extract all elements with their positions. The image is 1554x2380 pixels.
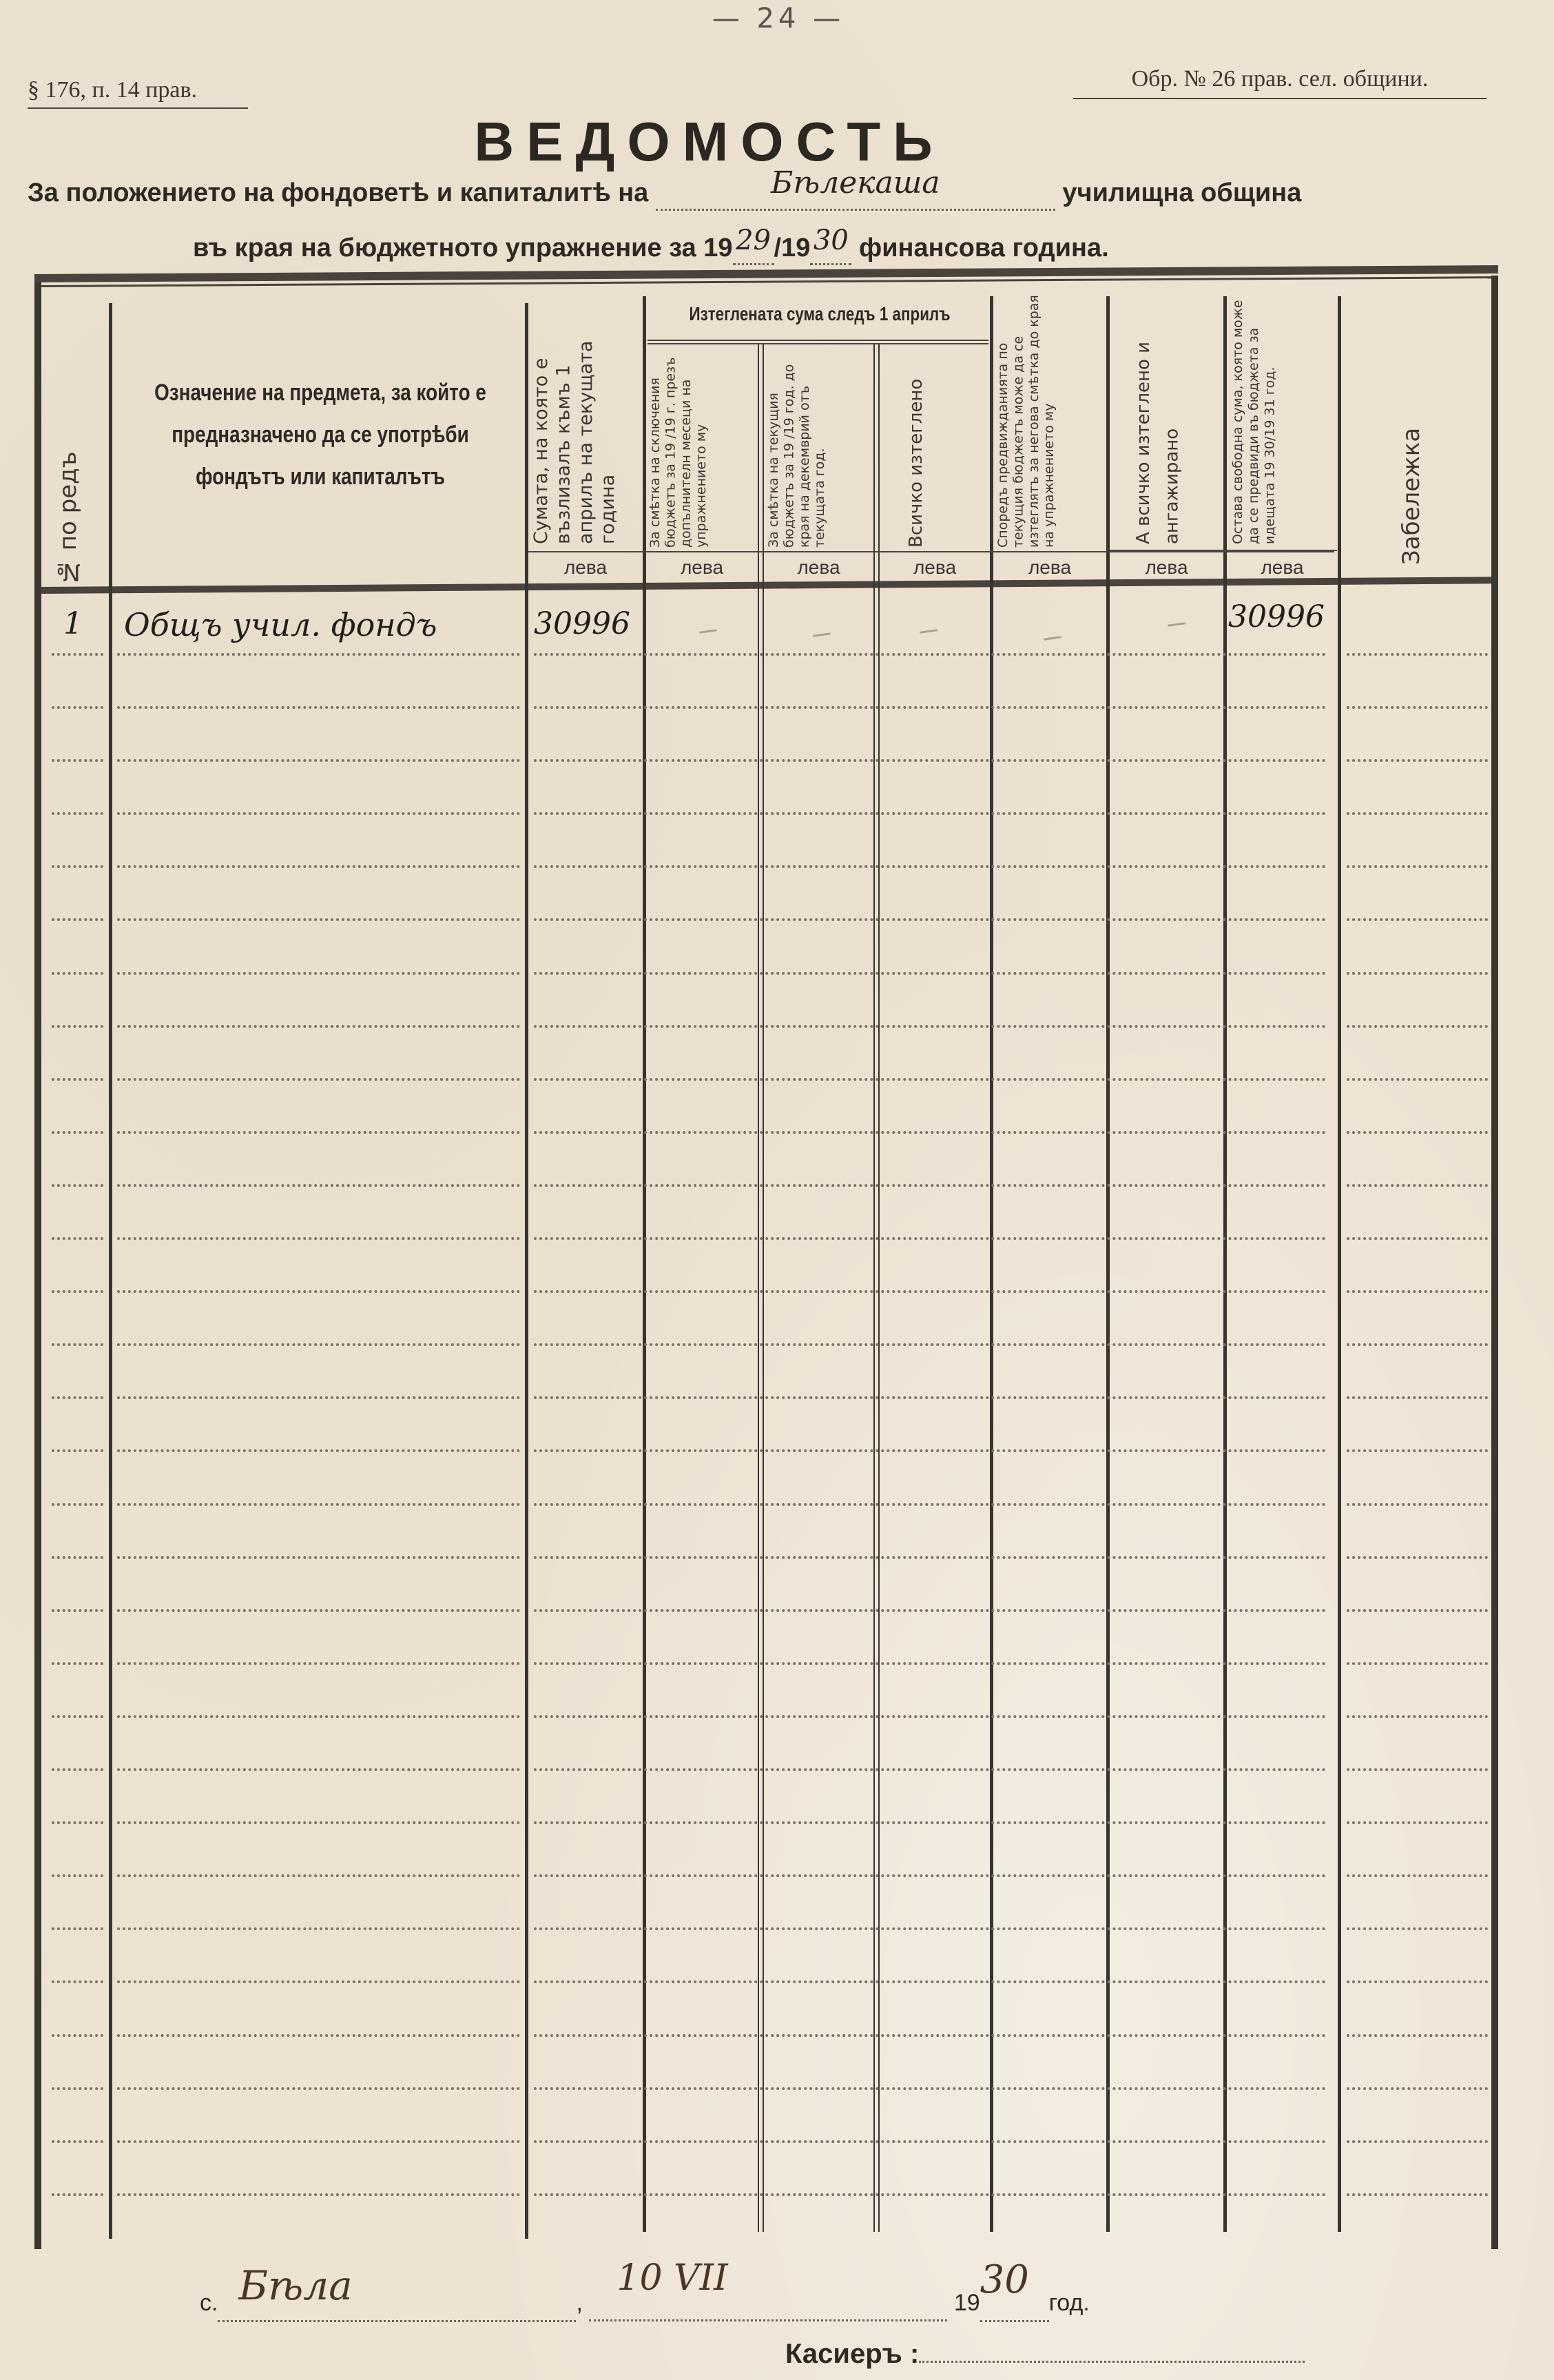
- row-dotted-line: [534, 1449, 1326, 1452]
- page-number: — 24 —: [689, 3, 868, 34]
- row-dotted-line: [52, 2087, 103, 2090]
- unit-label: лева: [646, 557, 758, 579]
- row-dotted-line: [534, 1768, 1326, 1771]
- year-prefix: 19: [954, 2290, 980, 2316]
- row-dotted-line: [52, 1343, 103, 1346]
- row-dotted-line: [117, 918, 520, 921]
- column-divider: [1223, 296, 1227, 2232]
- row-dotted-line: [52, 2034, 103, 2037]
- row-dotted-line: [534, 2193, 1326, 2196]
- column-divider: [758, 344, 764, 2232]
- row-dotted-line: [117, 1980, 520, 1983]
- row-dotted-line: [534, 1078, 1326, 1081]
- row-dotted-line: [534, 1556, 1326, 1559]
- document-title: ВЕДОМОСТЬ: [386, 110, 1033, 174]
- row-dotted-line: [52, 1715, 103, 1718]
- row-designation[interactable]: Общъ учил. фондъ: [124, 606, 437, 643]
- subtitle-suffix: училищна община: [1062, 178, 1301, 207]
- row-dotted-line: [117, 1078, 520, 1081]
- group-header-rule: [647, 340, 988, 341]
- unit-label: лева: [993, 557, 1106, 579]
- header-amount-april: Сумата, на която е възлизалъ къмъ 1 апри…: [530, 303, 641, 544]
- row-dotted-line: [1347, 1821, 1488, 1824]
- row-dotted-line: [534, 759, 1326, 762]
- column-divider: [1106, 296, 1110, 2232]
- row-dotted-line: [117, 1662, 520, 1665]
- place-date-line: с.Бѣла, 10 VII 1930год.: [200, 2273, 1090, 2322]
- budget-suffix: финансова година.: [859, 234, 1109, 262]
- row-dotted-line: [117, 972, 520, 975]
- row-dotted-line: [52, 1927, 103, 1930]
- row-dotted-line: [117, 1556, 520, 1559]
- row-dotted-line: [1347, 1768, 1488, 1771]
- row-dotted-line: [52, 1980, 103, 1983]
- year-from-field[interactable]: 29: [733, 231, 774, 265]
- cashier-signature-line: Касиеръ :: [785, 2339, 1305, 2370]
- row-dotted-line: [534, 1715, 1326, 1718]
- row-dotted-line: [1347, 918, 1488, 921]
- row-dotted-line: [117, 1821, 520, 1824]
- place-field[interactable]: Бѣла: [218, 2273, 576, 2322]
- cashier-label: Касиеръ :: [785, 2339, 919, 2369]
- place-value: Бѣла: [238, 2262, 352, 2309]
- header-row-number: № по редъ: [55, 413, 81, 586]
- column-divider: [109, 303, 112, 2239]
- row-dotted-line: [1347, 972, 1488, 975]
- row-dotted-line: [52, 972, 103, 975]
- row-dotted-line: [534, 1290, 1326, 1293]
- row-dotted-line: [52, 759, 103, 762]
- row-dotted-line: [117, 1609, 520, 1612]
- row-dotted-line: [52, 1503, 103, 1506]
- row-dotted-line: [52, 812, 103, 815]
- row-dotted-line: [117, 1874, 520, 1877]
- row-dotted-line: [1347, 2193, 1488, 2196]
- column-divider: [990, 296, 993, 2232]
- row-dotted-line: [117, 1768, 520, 1771]
- row-dotted-line: [534, 706, 1326, 709]
- row-dotted-line: [534, 1237, 1326, 1240]
- row-dotted-line: [534, 865, 1326, 868]
- row-dotted-line: [1347, 1396, 1488, 1399]
- unit-row-rule: [1110, 550, 1337, 551]
- row-dotted-line: [52, 1184, 103, 1187]
- row-dotted-line: [534, 1343, 1326, 1346]
- row-dotted-line: [534, 1927, 1326, 1930]
- row-dotted-line: [1347, 1449, 1488, 1452]
- row-dotted-line: [117, 2140, 520, 2143]
- row-dotted-line: [117, 653, 520, 656]
- date-field[interactable]: 10 VII: [589, 2278, 947, 2321]
- header-free-amount: Остава свободна сума, която може да се п…: [1230, 296, 1334, 544]
- row-dotted-line: [534, 2140, 1326, 2143]
- year-suffix: год.: [1049, 2290, 1090, 2316]
- row-dotted-line: [117, 1449, 520, 1452]
- row-free-amount[interactable]: 30996: [1228, 599, 1325, 634]
- row-dotted-line: [534, 1874, 1326, 1877]
- unit-label: лева: [1110, 557, 1223, 579]
- row-dotted-line: [1347, 2140, 1488, 2143]
- subtitle-line-2: въ края на бюджетното упражнение за 1929…: [193, 231, 1364, 265]
- row-dotted-line: [52, 706, 103, 709]
- row-dotted-line: [534, 2087, 1326, 2090]
- row-dotted-line: [1347, 1927, 1488, 1930]
- row-dotted-line: [534, 1184, 1326, 1187]
- year-field[interactable]: 30: [980, 2275, 1049, 2322]
- row-dotted-line: [52, 1821, 103, 1824]
- row-dotted-line: [1347, 1715, 1488, 1718]
- row-dotted-line: [117, 2034, 520, 2037]
- row-dotted-line: [534, 972, 1326, 975]
- row-dotted-line: [1347, 759, 1488, 762]
- year-value: 30: [980, 2257, 1029, 2302]
- row-dotted-line: [52, 1556, 103, 1559]
- row-dotted-line: [52, 1078, 103, 1081]
- row-dotted-line: [1347, 1131, 1488, 1134]
- row-dotted-line: [52, 1662, 103, 1665]
- row-dotted-line: [52, 1768, 103, 1771]
- column-divider: [1338, 296, 1341, 2232]
- form-reference: Обр. № 26 прав. сел. общини.: [1073, 66, 1486, 99]
- row-dotted-line: [534, 2034, 1326, 2037]
- row-dotted-line: [52, 1290, 103, 1293]
- row-dotted-line: [534, 1980, 1326, 1983]
- row-dotted-line: [534, 918, 1326, 921]
- year-to-value: 30: [814, 225, 849, 256]
- row-dotted-line: [117, 1715, 520, 1718]
- municipality-value: Бѣлекаша: [771, 165, 940, 200]
- row-dotted-line: [1347, 865, 1488, 868]
- row-dotted-line: [52, 1396, 103, 1399]
- header-withdrawn-total: Всичко изтеглено: [902, 348, 971, 548]
- row-dotted-line: [1347, 1237, 1488, 1240]
- unit-label: лева: [528, 557, 643, 579]
- row-dotted-line: [52, 2193, 103, 2196]
- row-dotted-line: [1347, 2034, 1488, 2037]
- row-dotted-line: [52, 1449, 103, 1452]
- row-dotted-line: [1347, 1343, 1488, 1346]
- regulation-reference: § 176, п. 14 прав.: [28, 77, 248, 109]
- row-dotted-line: [117, 2193, 520, 2196]
- header-total-engaged: А всичко изтеглено и ангажирано: [1130, 296, 1212, 544]
- header-designation: Означение на предмета, за който е предна…: [154, 372, 487, 499]
- year-separator: /19: [774, 234, 811, 262]
- cashier-signature-field[interactable]: [919, 2361, 1305, 2363]
- row-dotted-line: [52, 1874, 103, 1877]
- row-dotted-line: [117, 759, 520, 762]
- row-dotted-line: [117, 706, 520, 709]
- row-dotted-line: [534, 653, 1326, 656]
- row-dotted-line: [534, 1821, 1326, 1824]
- column-divider: [643, 296, 646, 2232]
- row-dotted-line: [534, 1662, 1326, 1665]
- row-dotted-line: [1347, 1874, 1488, 1877]
- row-dotted-line: [52, 2140, 103, 2143]
- row-dotted-line: [52, 1025, 103, 1028]
- row-dotted-line: [117, 865, 520, 868]
- row-number[interactable]: 1: [63, 606, 83, 641]
- row-dotted-line: [52, 653, 103, 656]
- row-dotted-line: [52, 1237, 103, 1240]
- header-withdrawn-group: Изтеглената сума следъ 1 априлъ: [682, 303, 957, 325]
- row-dotted-line: [117, 2087, 520, 2090]
- row-dotted-line: [52, 1131, 103, 1134]
- column-divider: [873, 344, 880, 2232]
- row-dotted-line: [1347, 1078, 1488, 1081]
- column-divider: [525, 303, 528, 2239]
- row-dotted-line: [534, 1609, 1326, 1612]
- row-dotted-line: [117, 1237, 520, 1240]
- row-dotted-line: [1347, 812, 1488, 815]
- municipality-field[interactable]: Бѣлекаша: [656, 174, 1055, 211]
- row-amount-april[interactable]: 30996: [534, 606, 630, 641]
- unit-row-rule: [528, 551, 1334, 552]
- budget-prefix: въ края на бюджетното упражнение за 19: [193, 234, 733, 262]
- header-withdrawn-closed: За смѣтка на сключения бюджетъ за 19 /19…: [647, 348, 758, 548]
- row-dotted-line: [117, 812, 520, 815]
- row-dotted-line: [1347, 1662, 1488, 1665]
- row-dotted-line: [534, 1503, 1326, 1506]
- row-dotted-line: [1347, 1290, 1488, 1293]
- header-note: Забележка: [1398, 386, 1424, 565]
- date-value: 10 VII: [617, 2257, 727, 2299]
- row-dotted-line: [534, 812, 1326, 815]
- row-dotted-line: [117, 1396, 520, 1399]
- year-from-value: 29: [736, 225, 771, 256]
- row-dotted-line: [1347, 1609, 1488, 1612]
- row-dotted-line: [1347, 1980, 1488, 1983]
- row-dotted-line: [1347, 1184, 1488, 1187]
- row-dotted-line: [534, 1131, 1326, 1134]
- row-dotted-line: [52, 865, 103, 868]
- row-dotted-line: [1347, 653, 1488, 656]
- subtitle-prefix: За положението на фондоветѣ и капиталитѣ…: [28, 178, 648, 207]
- row-dotted-line: [1347, 1556, 1488, 1559]
- row-dotted-line: [117, 1290, 520, 1293]
- unit-label: лева: [880, 557, 990, 579]
- header-withdrawn-current: За смѣтка на текущия бюджетъ за 19 /19 г…: [766, 348, 869, 548]
- row-dotted-line: [1347, 1503, 1488, 1506]
- row-dotted-line: [117, 1927, 520, 1930]
- row-dotted-line: [117, 1131, 520, 1134]
- group-header-rule: [647, 343, 988, 344]
- row-dotted-line: [534, 1396, 1326, 1399]
- unit-label: лева: [764, 557, 873, 579]
- place-prefix: с.: [200, 2290, 218, 2316]
- row-dotted-line: [117, 1503, 520, 1506]
- row-dotted-line: [52, 918, 103, 921]
- year-to-field[interactable]: 30: [810, 231, 851, 265]
- row-dotted-line: [534, 1025, 1326, 1028]
- unit-label: лева: [1227, 557, 1338, 579]
- row-dotted-line: [117, 1184, 520, 1187]
- header-forecast: Споредъ предвижданията по текущия бюджет…: [995, 293, 1106, 548]
- row-dotted-line: [1347, 706, 1488, 709]
- row-dotted-line: [117, 1343, 520, 1346]
- row-dotted-line: [1347, 2087, 1488, 2090]
- subtitle-line-1: За положението на фондоветѣ и капиталитѣ…: [28, 174, 1502, 211]
- row-dotted-line: [1347, 1025, 1488, 1028]
- row-dotted-line: [52, 1609, 103, 1612]
- row-dotted-line: [117, 1025, 520, 1028]
